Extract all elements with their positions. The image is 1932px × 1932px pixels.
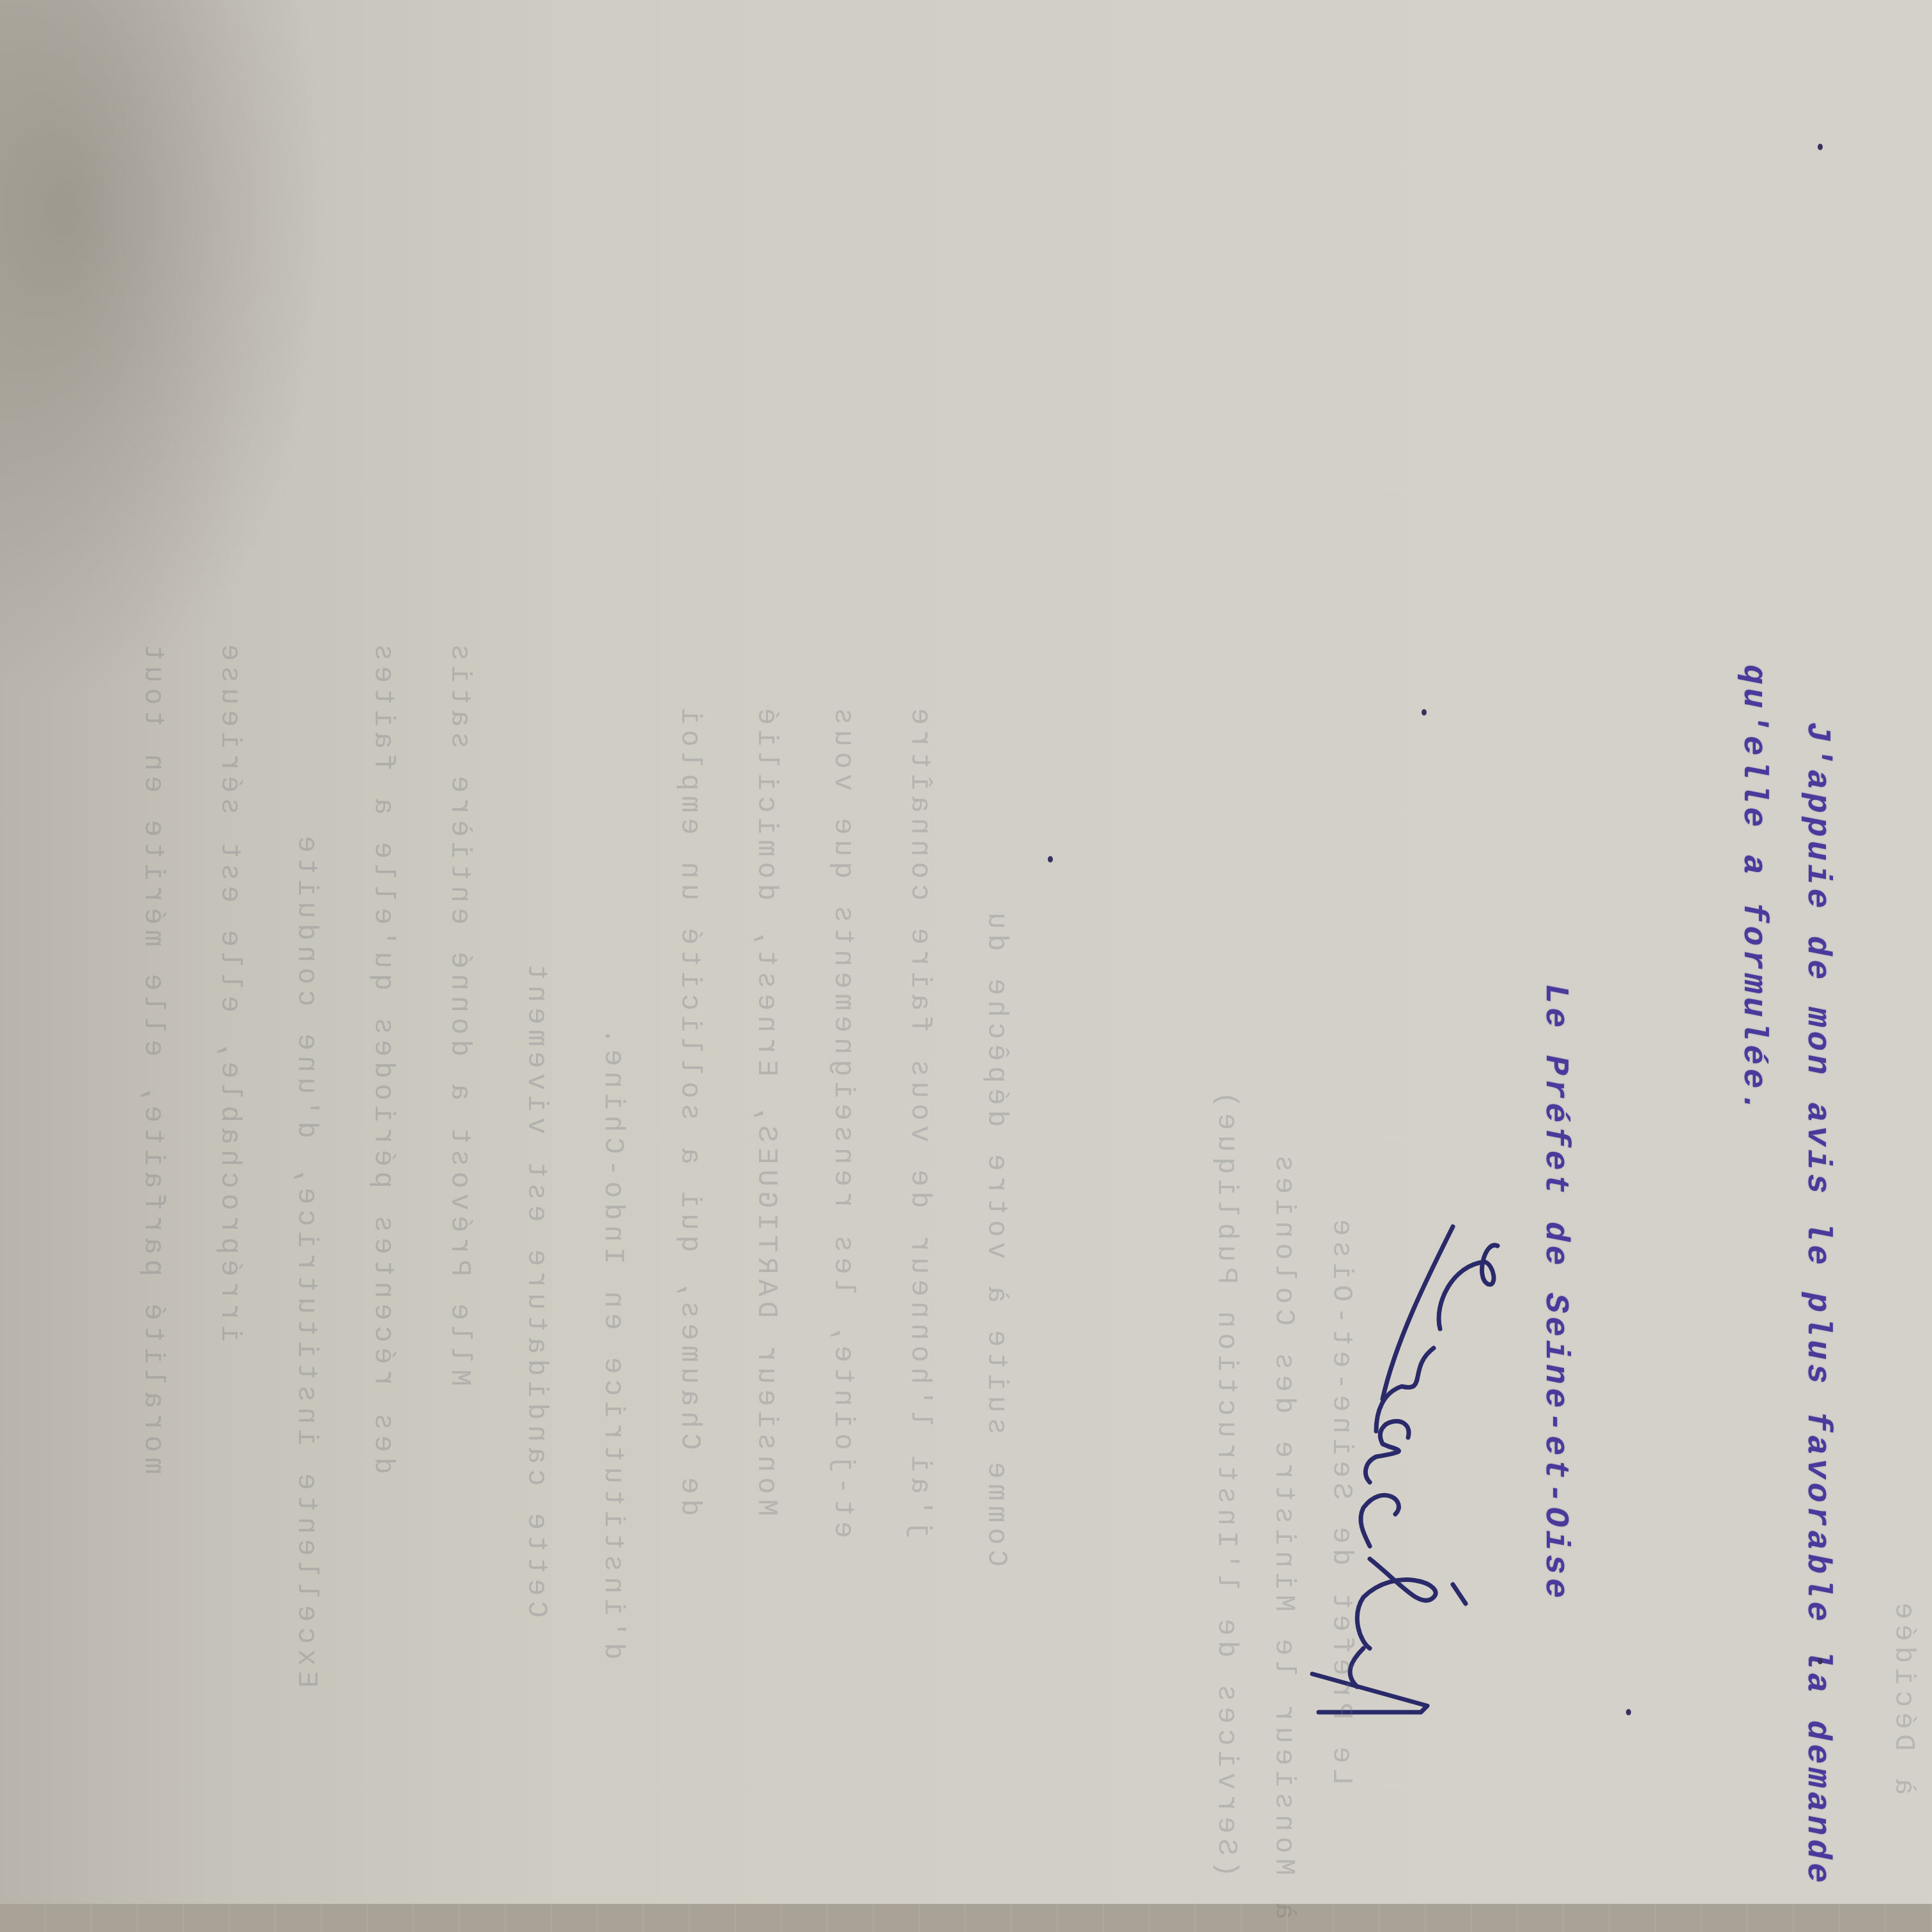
typed-line-1: J'appuie de mon avis le plus favorable l… [1798, 722, 1836, 1887]
show-through-line: Mlle Prévost a donné entière satis [443, 639, 475, 1386]
show-through-line: Le Préfet de Seine-et-Oise [1325, 1214, 1357, 1786]
show-through-line: Excellente institutrice, d'une conduite [290, 831, 322, 1688]
show-through-line: (Services de l'Instruction Publique) [1210, 1086, 1242, 1878]
show-through-line: d'institutrice en Indo-Chine. [597, 1022, 629, 1660]
prefect-title: Le Préfet de Seine-et-Oise [1537, 984, 1574, 1602]
ink-speck [1048, 856, 1053, 862]
show-through-line: Monsieur DARTIGUES, Ernest, domicilié [750, 703, 782, 1516]
ink-speck [1818, 1658, 1823, 1664]
ink-speck [1422, 709, 1427, 716]
show-through-line: de Chaumes, qui a sollicité un emploi [673, 703, 705, 1516]
ink-speck [1818, 144, 1823, 150]
show-through-line: j'ai l'honneur de vous faire connaître [903, 703, 935, 1538]
ink-speck [1626, 1709, 1631, 1715]
show-through-line: Cette candidature est vivement [520, 958, 552, 1618]
show-through-line: Comme suite à votre dépêche du [980, 907, 1012, 1567]
typed-line-2: qu'elle a formulée. [1735, 664, 1772, 1116]
show-through-line: à Monsieur le Ministre des Colonies [1268, 1150, 1299, 1919]
rotated-document-content: J'appuie de mon avis le plus favorable l… [0, 0, 1932, 1932]
show-through-line: des récentes périodes qu'elle a faites [367, 639, 399, 1474]
show-through-line: moralité parfaite, elle mérite en tout [137, 639, 169, 1474]
show-through-line: et-jointe, les renseignements que vous [827, 703, 859, 1538]
show-through-line: irréprochable, elle est sérieuse [213, 639, 245, 1342]
show-through-line: à Décidée [1887, 1597, 1919, 1795]
